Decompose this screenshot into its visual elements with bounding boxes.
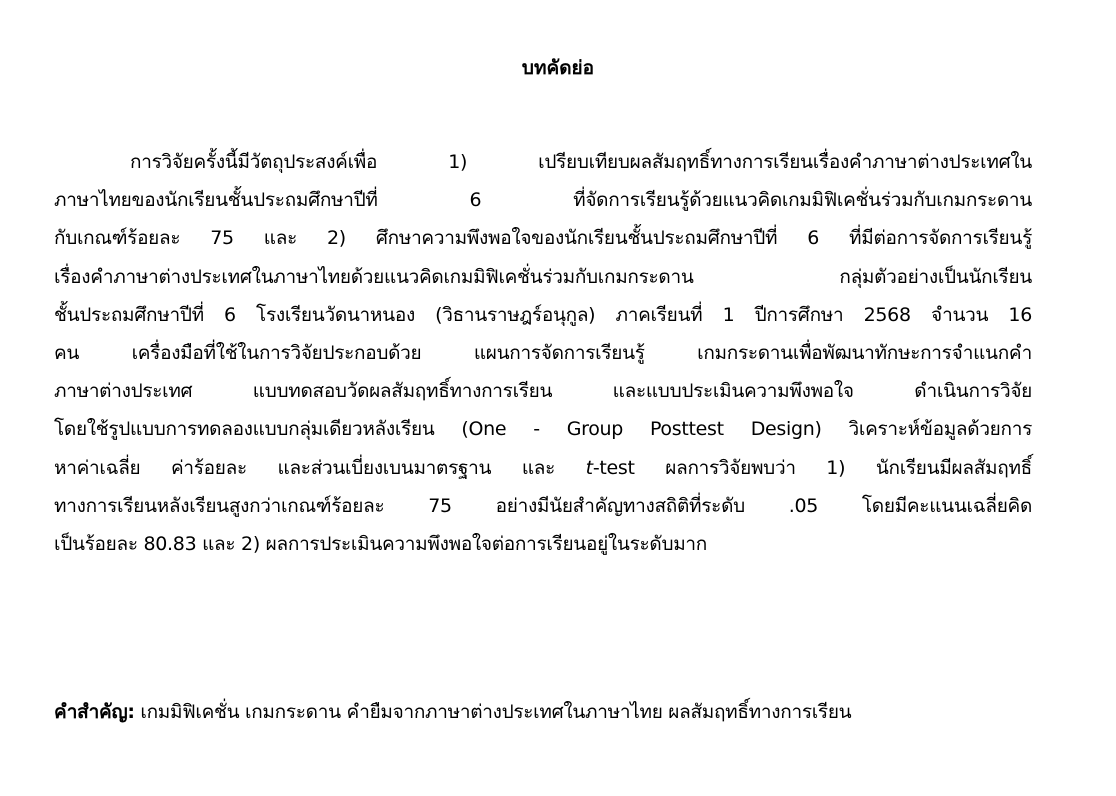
abstract-line-ttest: หาค่าเฉลี่ย ค่าร้อยละ และส่วนเบี่ยงเบนมา…	[54, 450, 1032, 488]
abstract-line: คน เครื่องมือที่ใช้ในการวิจัยประกอบด้วย …	[54, 335, 1032, 373]
abstract-line: ชั้นประถมศึกษาปีที่ 6 โรงเรียนวัดนาหนอง …	[54, 297, 1032, 335]
ttest-after: -test ผลการวิจัยพบว่า 1) นักเรียนมีผลสัม…	[593, 457, 1032, 479]
abstract-title: บทคัดย่อ	[0, 54, 1116, 82]
keywords-text: เกมมิฟิเคชั่น เกมกระดาน คำยืมจากภาษาต่าง…	[135, 701, 852, 723]
abstract-line: การวิจัยครั้งนี้มีวัตถุประสงค์เพื่อ 1) เ…	[54, 144, 1032, 182]
abstract-line: ทางการเรียนหลังเรียนสูงกว่าเกณฑ์ร้อยละ 7…	[54, 488, 1032, 526]
ttest-italic-t: t	[586, 457, 593, 479]
keywords: คำสำคัญ: เกมมิฟิเคชั่น เกมกระดาน คำยืมจา…	[54, 697, 851, 727]
abstract-line: ภาษาไทยของนักเรียนชั้นประถมศึกษาปีที่ 6 …	[54, 182, 1032, 220]
abstract-line: กับเกณฑ์ร้อยละ 75 และ 2) ศึกษาความพึงพอใ…	[54, 220, 1032, 258]
abstract-line: เป็นร้อยละ 80.83 และ 2) ผลการประเมินความ…	[54, 526, 1032, 564]
abstract-line: ภาษาต่างประเทศ แบบทดสอบวัดผลสัมฤทธิ์ทางก…	[54, 373, 1032, 411]
abstract-line: เรื่องคำภาษาต่างประเทศในภาษาไทยด้วยแนวคิ…	[54, 259, 1032, 297]
abstract-line: โดยใช้รูปแบบการทดลองแบบกลุ่มเดียวหลังเรี…	[54, 411, 1032, 449]
keywords-label: คำสำคัญ:	[54, 701, 135, 723]
abstract-body: การวิจัยครั้งนี้มีวัตถุประสงค์เพื่อ 1) เ…	[54, 144, 1032, 564]
ttest-before: หาค่าเฉลี่ย ค่าร้อยละ และส่วนเบี่ยงเบนมา…	[54, 457, 586, 479]
